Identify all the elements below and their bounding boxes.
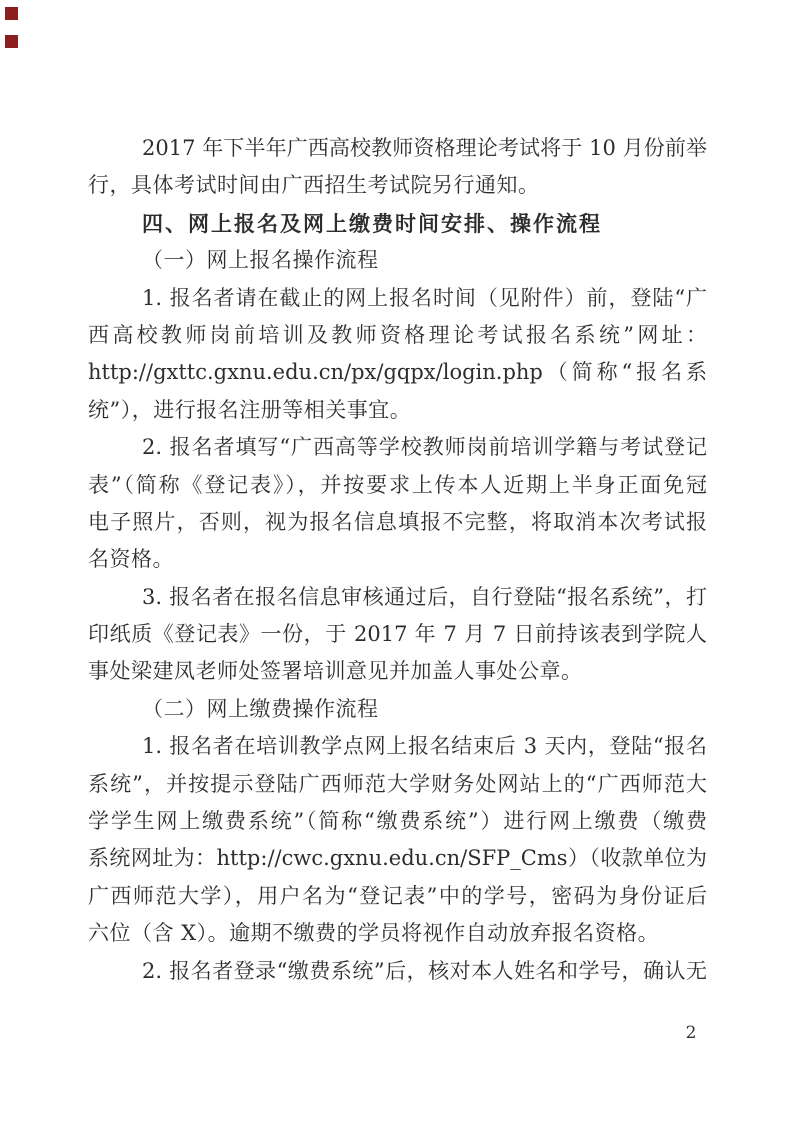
text-line: 广西师范大学），用户名为“登记表”中的学号，密码为身份证后 — [88, 878, 707, 915]
text-line: 2. 报名者登录“缴费系统”后，核对本人姓名和学号，确认无 — [88, 953, 707, 990]
text-line: 1. 报名者在培训教学点网上报名结束后 3 天内，登陆“报名 — [88, 728, 707, 765]
page-number: 2 — [681, 1022, 701, 1044]
text-line: 表”（简称《登记表》），并按要求上传本人近期上半身正面免冠 — [88, 467, 707, 504]
text-line: 事处梁建凤老师处签署培训意见并加盖人事处公章。 — [88, 653, 707, 690]
text-line: 1. 报名者请在截止的网上报名时间（见附件）前，登陆“广 — [88, 280, 707, 317]
text-line: 六位（含 X）。逾期不缴费的学员将视作自动放弃报名资格。 — [88, 915, 707, 952]
text-line: 电子照片，否则，视为报名信息填报不完整，将取消本次考试报 — [88, 504, 707, 541]
text-line: 2. 报名者填写“广西高等学校教师岗前培训学籍与考试登记 — [88, 429, 707, 466]
text-line: 3. 报名者在报名信息审核通过后，自行登陆“报名系统”，打 — [88, 579, 707, 616]
text-line: 名资格。 — [88, 541, 707, 578]
text-line: http://gxttc.gxnu.edu.cn/px/gqpx/login.p… — [88, 354, 707, 391]
text-line: （二）网上缴费操作流程 — [88, 691, 707, 728]
corner-mark-icon — [5, 35, 18, 48]
text-line: 印纸质《登记表》一份，于 2017 年 7 月 7 日前持该表到学院人 — [88, 616, 707, 653]
text-line: 西高校教师岗前培训及教师资格理论考试报名系统”网址： — [88, 317, 707, 354]
text-line: 系统”，并按提示登陆广西师范大学财务处网站上的“广西师范大 — [88, 766, 707, 803]
corner-mark-icon — [5, 7, 18, 20]
text-line: 系统网址为：http://cwc.gxnu.edu.cn/SFP_Cms）（收款… — [88, 840, 707, 877]
text-line: 2017 年下半年广西高校教师资格理论考试将于 10 月份前举 — [88, 130, 707, 167]
text-line: 学学生网上缴费系统”（简称“缴费系统”）进行网上缴费（缴费 — [88, 803, 707, 840]
text-line: 行，具体考试时间由广西招生考试院另行通知。 — [88, 167, 707, 204]
text-line: 统”），进行报名注册等相关事宜。 — [88, 392, 707, 429]
document-page: 2017 年下半年广西高校教师资格理论考试将于 10 月份前举行，具体考试时间由… — [0, 0, 793, 1122]
document-body: 2017 年下半年广西高校教师资格理论考试将于 10 月份前举行，具体考试时间由… — [88, 130, 707, 990]
section-heading: 四、网上报名及网上缴费时间安排、操作流程 — [88, 205, 707, 242]
text-line: （一）网上报名操作流程 — [88, 242, 707, 279]
